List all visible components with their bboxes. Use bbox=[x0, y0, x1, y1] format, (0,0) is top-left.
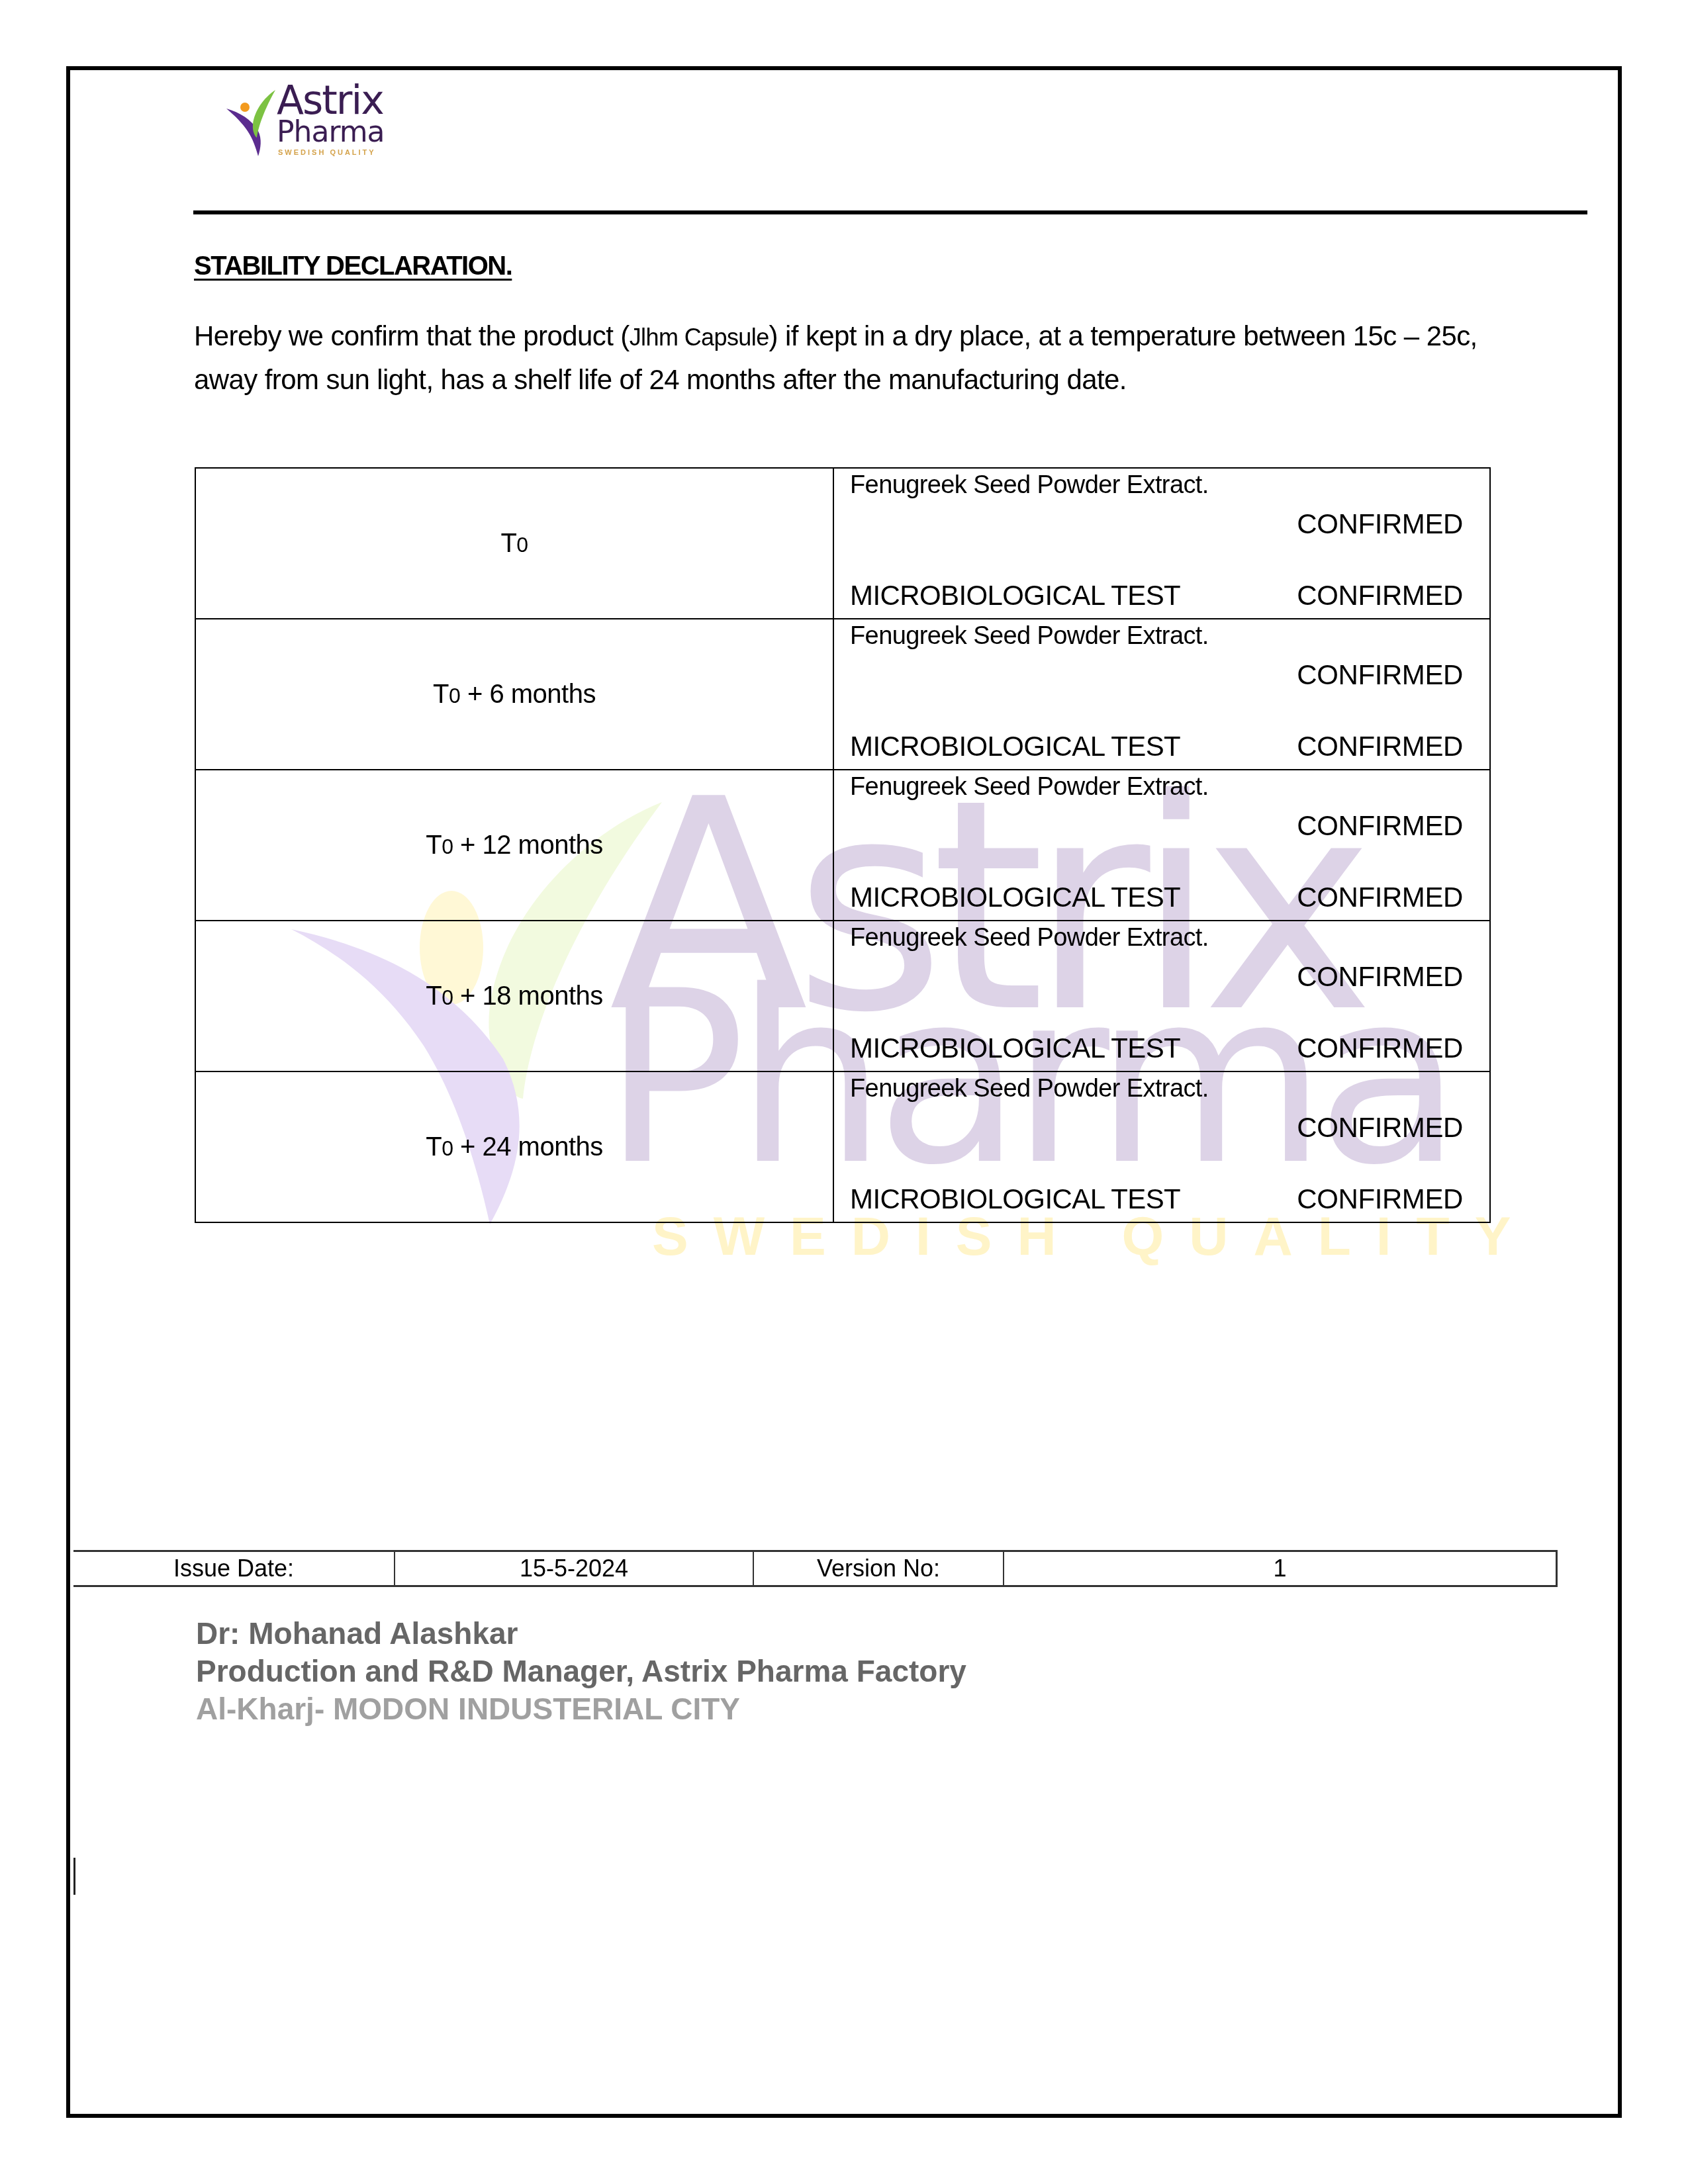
issue-date-label: Issue Date: bbox=[73, 1551, 395, 1586]
version-label: Version No: bbox=[753, 1551, 1004, 1586]
test-name-microbiological: MICROBIOLOGICAL TEST bbox=[850, 731, 1180, 762]
tests-cell: Fenugreek Seed Powder Extract.CONFIRMEDM… bbox=[833, 921, 1490, 1071]
signatory-name: Dr: Mohanad Alashkar bbox=[196, 1615, 966, 1653]
test-name-microbiological: MICROBIOLOGICAL TEST bbox=[850, 580, 1180, 612]
tests-cell: Fenugreek Seed Powder Extract.CONFIRMEDM… bbox=[833, 468, 1490, 619]
stability-row: T0 + 18 monthsFenugreek Seed Powder Extr… bbox=[195, 921, 1490, 1071]
document-meta-table: Issue Date: 15-5-2024 Version No: 1 bbox=[73, 1550, 1558, 1587]
test-result-microbiological: CONFIRMED bbox=[1297, 731, 1463, 762]
time-point-prefix: T bbox=[500, 529, 516, 558]
test-name-microbiological: MICROBIOLOGICAL TEST bbox=[850, 882, 1180, 913]
test-name-microbiological: MICROBIOLOGICAL TEST bbox=[850, 1183, 1180, 1215]
time-point-prefix: T bbox=[433, 680, 449, 709]
stability-table: T0Fenugreek Seed Powder Extract.CONFIRME… bbox=[195, 467, 1491, 1223]
test-name-fenugreek: Fenugreek Seed Powder Extract. bbox=[850, 471, 1209, 500]
time-point-subscript: 0 bbox=[449, 684, 460, 707]
signatory-position: Production and R&D Manager, Astrix Pharm… bbox=[196, 1653, 966, 1690]
product-name: Jlhm Capsule bbox=[630, 324, 769, 351]
tests-cell: Fenugreek Seed Powder Extract.CONFIRMEDM… bbox=[833, 619, 1490, 770]
time-point-suffix: + 24 months bbox=[453, 1132, 602, 1161]
time-point-cell: T0 + 6 months bbox=[195, 619, 833, 770]
test-result-fenugreek: CONFIRMED bbox=[1297, 508, 1463, 540]
test-name-fenugreek: Fenugreek Seed Powder Extract. bbox=[850, 622, 1209, 651]
test-result-fenugreek: CONFIRMED bbox=[1297, 1112, 1463, 1144]
time-point-prefix: T bbox=[426, 831, 442, 860]
test-result-microbiological: CONFIRMED bbox=[1297, 1183, 1463, 1215]
meta-row: Issue Date: 15-5-2024 Version No: 1 bbox=[73, 1551, 1557, 1586]
intro-text-start: Hereby we confirm that the product ( bbox=[194, 320, 630, 351]
logo-word-astrix: Astrix bbox=[277, 81, 383, 120]
signature-block: Dr: Mohanad Alashkar Production and R&D … bbox=[196, 1615, 966, 1728]
signatory-location: Al-Kharj- MODON INDUSTERIAL CITY bbox=[196, 1690, 966, 1728]
version-value: 1 bbox=[1004, 1551, 1557, 1586]
tests-cell: Fenugreek Seed Powder Extract.CONFIRMEDM… bbox=[833, 1071, 1490, 1222]
header-divider bbox=[193, 210, 1587, 214]
logo-word-pharma: Pharma bbox=[277, 118, 385, 147]
test-name-microbiological: MICROBIOLOGICAL TEST bbox=[850, 1032, 1180, 1064]
test-result-fenugreek: CONFIRMED bbox=[1297, 961, 1463, 993]
document-title: STABILITY DECLARATION. bbox=[194, 251, 512, 281]
time-point-cell: T0 bbox=[195, 468, 833, 619]
time-point-cell: T0 + 18 months bbox=[195, 921, 833, 1071]
time-point-subscript: 0 bbox=[516, 533, 528, 557]
test-result-fenugreek: CONFIRMED bbox=[1297, 659, 1463, 691]
time-point-cell: T0 + 12 months bbox=[195, 770, 833, 921]
test-name-fenugreek: Fenugreek Seed Powder Extract. bbox=[850, 924, 1209, 952]
stability-row: T0 + 12 monthsFenugreek Seed Powder Extr… bbox=[195, 770, 1490, 921]
issue-date-value: 15-5-2024 bbox=[395, 1551, 753, 1586]
test-result-microbiological: CONFIRMED bbox=[1297, 580, 1463, 612]
time-point-subscript: 0 bbox=[442, 835, 453, 858]
time-point-cell: T0 + 24 months bbox=[195, 1071, 833, 1222]
time-point-suffix: + 18 months bbox=[453, 981, 602, 1011]
stability-row: T0 + 6 monthsFenugreek Seed Powder Extra… bbox=[195, 619, 1490, 770]
time-point-suffix: + 6 months bbox=[460, 680, 596, 709]
stability-row: T0 + 24 monthsFenugreek Seed Powder Extr… bbox=[195, 1071, 1490, 1222]
test-result-fenugreek: CONFIRMED bbox=[1297, 810, 1463, 842]
logo-tagline: SWEDISH QUALITY bbox=[278, 150, 376, 157]
time-point-prefix: T bbox=[426, 981, 442, 1011]
test-result-microbiological: CONFIRMED bbox=[1297, 882, 1463, 913]
test-name-fenugreek: Fenugreek Seed Powder Extract. bbox=[850, 1075, 1209, 1103]
company-logo: Astrix Pharma SWEDISH QUALITY bbox=[225, 85, 397, 159]
time-point-subscript: 0 bbox=[442, 1136, 453, 1160]
tests-cell: Fenugreek Seed Powder Extract.CONFIRMEDM… bbox=[833, 770, 1490, 921]
logo-figure-icon bbox=[225, 85, 278, 159]
test-name-fenugreek: Fenugreek Seed Powder Extract. bbox=[850, 773, 1209, 801]
stability-row: T0Fenugreek Seed Powder Extract.CONFIRME… bbox=[195, 468, 1490, 619]
declaration-paragraph: Hereby we confirm that the product (Jlhm… bbox=[194, 315, 1491, 401]
time-point-prefix: T bbox=[426, 1132, 442, 1161]
test-result-microbiological: CONFIRMED bbox=[1297, 1032, 1463, 1064]
time-point-suffix: + 12 months bbox=[453, 831, 602, 860]
text-cursor bbox=[73, 1858, 75, 1895]
time-point-subscript: 0 bbox=[442, 985, 453, 1009]
